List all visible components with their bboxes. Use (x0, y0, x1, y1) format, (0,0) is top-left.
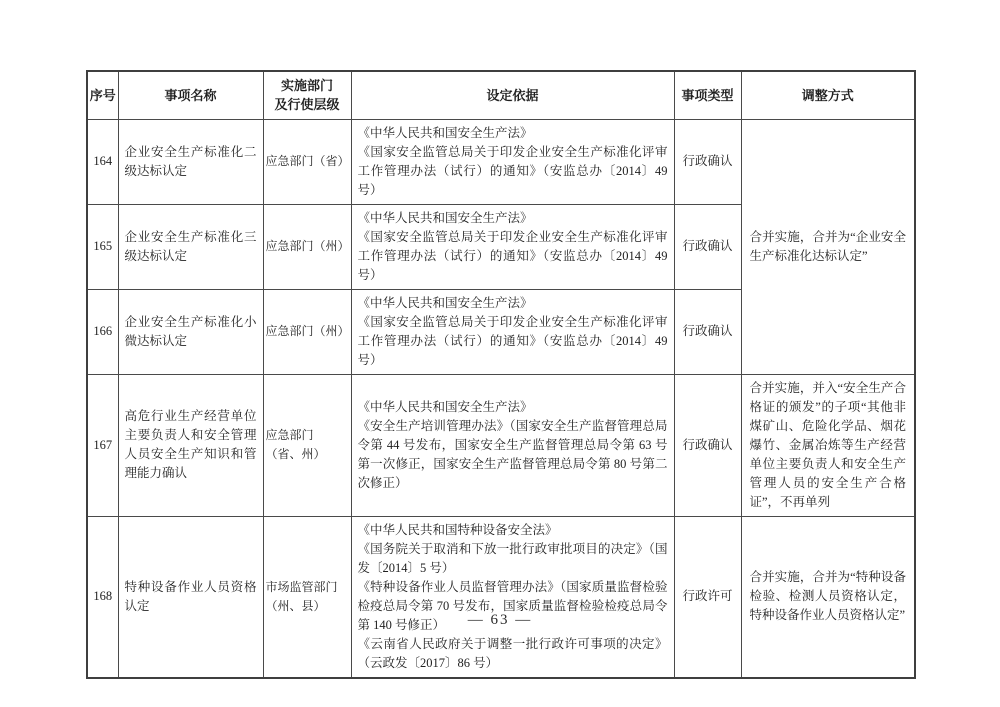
cell-adjust-merged: 合并实施，合并为“企业安全生产标准化达标认定” (741, 119, 915, 374)
items-table: 序号 事项名称 实施部门 及行使层级 设定依据 事项类型 调整方式 164 企业… (86, 70, 916, 679)
cell-seq: 166 (87, 289, 118, 374)
table-header-row: 序号 事项名称 实施部门 及行使层级 设定依据 事项类型 调整方式 (87, 71, 915, 119)
table-row-168: 168 特种设备作业人员资格认定 市场监管部门（州、县） 《中华人民共和国特种设… (87, 516, 915, 678)
cell-name: 企业安全生产标准化三级达标认定 (118, 204, 263, 289)
cell-dept: 应急部门（州） (263, 204, 351, 289)
cell-name: 企业安全生产标准化小微达标认定 (118, 289, 263, 374)
cell-adjust: 合并实施，并入“安全生产合格证的颁发”的子项“其他非煤矿山、危险化学品、烟花爆竹… (741, 374, 915, 516)
header-name: 事项名称 (118, 71, 263, 119)
cell-name: 特种设备作业人员资格认定 (118, 516, 263, 678)
header-seq: 序号 (87, 71, 118, 119)
cell-type: 行政确认 (674, 119, 741, 204)
cell-seq: 165 (87, 204, 118, 289)
document-page: 序号 事项名称 实施部门 及行使层级 设定依据 事项类型 调整方式 164 企业… (0, 0, 1000, 707)
cell-dept: 应急部门（州） (263, 289, 351, 374)
page-number: — 63 — (0, 612, 1000, 629)
cell-basis: 《中华人民共和国特种设备安全法》 《国务院关于取消和下放一批行政审批项目的决定》… (351, 516, 674, 678)
cell-seq: 167 (87, 374, 118, 516)
cell-type: 行政确认 (674, 374, 741, 516)
cell-dept: 市场监管部门（州、县） (263, 516, 351, 678)
cell-name: 高危行业生产经营单位主要负责人和安全管理人员安全生产知识和管理能力确认 (118, 374, 263, 516)
cell-dept: 应急部门（省、州） (263, 374, 351, 516)
header-dept: 实施部门 及行使层级 (263, 71, 351, 119)
cell-basis: 《中华人民共和国安全生产法》 《国家安全监管总局关于印发企业安全生产标准化评审工… (351, 289, 674, 374)
cell-type: 行政确认 (674, 204, 741, 289)
cell-basis: 《中华人民共和国安全生产法》 《国家安全监管总局关于印发企业安全生产标准化评审工… (351, 204, 674, 289)
cell-seq: 164 (87, 119, 118, 204)
cell-name: 企业安全生产标准化二级达标认定 (118, 119, 263, 204)
table-row-164: 164 企业安全生产标准化二级达标认定 应急部门（省） 《中华人民共和国安全生产… (87, 119, 915, 204)
cell-dept: 应急部门（省） (263, 119, 351, 204)
cell-basis: 《中华人民共和国安全生产法》 《安全生产培训管理办法》（国家安全生产监督管理总局… (351, 374, 674, 516)
cell-basis: 《中华人民共和国安全生产法》 《国家安全监管总局关于印发企业安全生产标准化评审工… (351, 119, 674, 204)
cell-seq: 168 (87, 516, 118, 678)
header-type: 事项类型 (674, 71, 741, 119)
cell-type: 行政确认 (674, 289, 741, 374)
header-basis: 设定依据 (351, 71, 674, 119)
cell-adjust: 合并实施，合并为“特种设备检验、检测人员资格认定，特种设备作业人员资格认定” (741, 516, 915, 678)
header-adjust: 调整方式 (741, 71, 915, 119)
table-row-167: 167 高危行业生产经营单位主要负责人和安全管理人员安全生产知识和管理能力确认 … (87, 374, 915, 516)
cell-type: 行政许可 (674, 516, 741, 678)
